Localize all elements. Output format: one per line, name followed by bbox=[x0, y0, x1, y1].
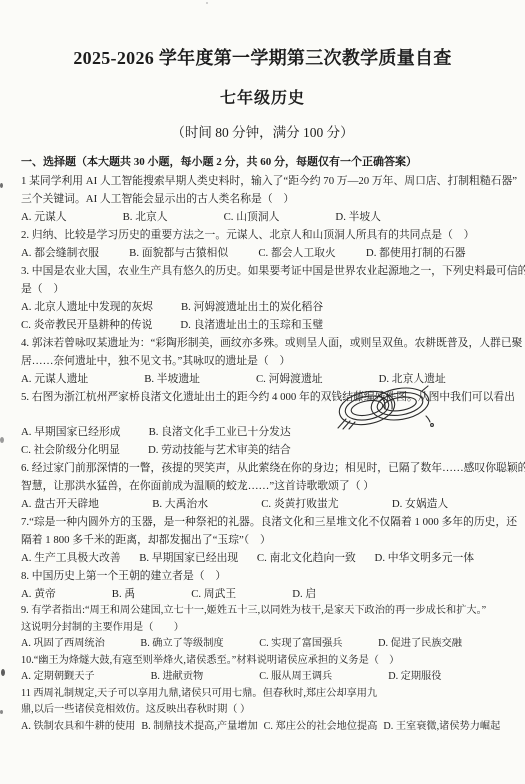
option: C. 周武王 bbox=[191, 585, 236, 603]
section-heading: 一、选择题（本大题共 30 小题，每小题 2 分，共 60 分，每题仅有一个正确… bbox=[21, 153, 504, 169]
question-10: 10.“幽王为烽燧大鼓,有寇至则举烽火,诸侯悉至。”材料说明诸侯应承担的义务是（… bbox=[21, 653, 504, 686]
question-9: 9. 有学者指出:“周王和周公建国,立七十一,姬姓五十三,以同姓为枝干,是家天下… bbox=[21, 603, 504, 653]
question-stem-line: 鼎,以后一些诸侯竞相效仿。这反映出春秋时期（ ） bbox=[21, 702, 504, 719]
question-stem-line: 是（ ） bbox=[21, 280, 504, 298]
question-stem-line: 8. 中国历史上第一个王朝的建立者是（ ） bbox=[21, 567, 504, 585]
option: A. 黄帝 bbox=[21, 585, 56, 603]
question-stem-line: 这说明分封制的主要作用是（ ） bbox=[21, 620, 504, 637]
option-row: A. 元谋人B. 北京人C. 山顶洞人D. 半坡人 bbox=[21, 208, 504, 226]
question-stem-line: 11 西周礼制规定,天子可以享用九鼎,诸侯只可用七鼎。但春秋时,郑庄公却享用九 bbox=[21, 686, 504, 703]
page-title: 2025-2026 学年度第一学期第三次教学质量自查 bbox=[0, 0, 525, 70]
option: A. 元谋人 bbox=[21, 208, 67, 226]
option: B. 大禹治水 bbox=[152, 495, 208, 513]
scan-speck bbox=[0, 183, 3, 188]
question-7: 7.“琮是一种内圆外方的玉器，是一种祭祀的礼器。良渚文化和三星堆文化不仅隔着 1… bbox=[21, 513, 504, 567]
question-stem-line: 隔着 1 800 多千米的距离，却都发掘出了“玉琮”（ ） bbox=[21, 531, 504, 549]
question-stem-line: 智慧，让那洪水猛兽，在你面前成为温顺的蛟龙……”这首诗歌歌颂了（ ） bbox=[21, 477, 504, 495]
option: A. 巩固了西周统治 bbox=[21, 636, 105, 653]
question-stem-line: 7.“琮是一种内圆外方的玉器，是一种祭祀的礼器。良渚文化和三星堆文化不仅隔着 1… bbox=[21, 513, 504, 531]
double-coin-knot-figure bbox=[336, 383, 436, 431]
option: D. 促进了民族交融 bbox=[378, 636, 462, 653]
option: A. 生产工具极大改善 bbox=[21, 549, 121, 567]
question-6: 6. 经过家门前那深情的一瞥，孩提的哭笑声，从此萦绕在你的身边；相见时，已隔了数… bbox=[21, 459, 504, 513]
question-stem-line: 10.“幽王为烽燧大鼓,有寇至则举烽火,诸侯悉至。”材料说明诸侯应承担的义务是（… bbox=[21, 653, 504, 670]
question-4: 4. 郭沫若曾咏叹某遗址为：“彩陶形制美，画纹亦多殊。或则呈人面，或则呈双鱼。农… bbox=[21, 334, 504, 388]
question-1: 1 某同学利用 AI 人工智能搜索早期人类史料时，输入了“距今约 70 万—20… bbox=[21, 172, 504, 226]
question-11: 11 西周礼制规定,天子可以享用九鼎,诸侯只可用七鼎。但春秋时,郑庄公却享用九鼎… bbox=[21, 686, 504, 736]
option: B. 制鼎技术提高,产量增加 bbox=[141, 719, 257, 736]
page-subject: 七年级历史 bbox=[0, 85, 525, 108]
option: C. 炎帝教民开垦耕种的传说 bbox=[21, 316, 152, 334]
option: B. 禹 bbox=[112, 585, 135, 603]
option: D. 王室衰微,诸侯势力崛起 bbox=[383, 719, 500, 736]
option: D. 女娲造人 bbox=[392, 495, 448, 513]
option: C. 山顶洞人 bbox=[224, 208, 280, 226]
option: D. 都使用打制的石器 bbox=[366, 244, 466, 262]
option: B. 河姆渡遗址出土的炭化稻谷 bbox=[181, 298, 323, 316]
question-stem-line: 三个关键词。AI 人工智能会显示出的古人类名称是（ ） bbox=[21, 190, 504, 208]
option: A. 元谋人遗址 bbox=[21, 370, 88, 388]
option-row: C. 社会阶级分化明显D. 劳动技能与艺术审美的结合 bbox=[21, 441, 504, 459]
option: B. 良渚文化手工业已十分发达 bbox=[149, 423, 291, 441]
scan-speck bbox=[206, 2, 208, 4]
option-row: A. 生产工具极大改善B. 早期国家已经出现C. 南北文化趋向一致D. 中华文明… bbox=[21, 549, 504, 567]
option-row: A. 巩固了西周统治B. 确立了等级制度C. 实现了富国强兵D. 促进了民族交融 bbox=[21, 636, 504, 653]
question-3: 3. 中国是农业大国，农业生产具有悠久的历史。如果要考证中国是世界农业起源地之一… bbox=[21, 262, 504, 334]
option: C. 炎黄打败蚩尤 bbox=[261, 495, 338, 513]
question-stem-line: 1 某同学利用 AI 人工智能搜索早期人类史料时，输入了“距今约 70 万—20… bbox=[21, 172, 504, 190]
option: B. 进献贡物 bbox=[151, 669, 204, 686]
option: A. 盘古开天辟地 bbox=[21, 495, 99, 513]
option-row: C. 炎帝教民开垦耕种的传说D. 良渚遗址出土的玉琮和玉璧 bbox=[21, 316, 504, 334]
question-8: 8. 中国历史上第一个王朝的建立者是（ ）A. 黄帝B. 禹C. 周武王D. 启 bbox=[21, 567, 504, 603]
option: C. 实现了富国强兵 bbox=[259, 636, 342, 653]
option-row: A. 盘古开天辟地B. 大禹治水C. 炎黄打败蚩尤D. 女娲造人 bbox=[21, 495, 504, 513]
option: B. 确立了等级制度 bbox=[140, 636, 223, 653]
scan-speck bbox=[0, 710, 3, 714]
exam-page: 2025-2026 学年度第一学期第三次教学质量自查 七年级历史 （时间 80 … bbox=[0, 0, 525, 784]
option: D. 半坡人 bbox=[335, 208, 381, 226]
option: D. 中华文明多元一体 bbox=[375, 549, 475, 567]
option: A. 铁制农具和牛耕的使用 bbox=[21, 719, 135, 736]
option: D. 劳动技能与艺术审美的结合 bbox=[148, 441, 291, 459]
option: B. 面貌都与古猿相似 bbox=[129, 244, 228, 262]
option: B. 北京人 bbox=[123, 208, 168, 226]
question-stem-line: 9. 有学者指出:“周王和周公建国,立七十一,姬姓五十三,以同姓为枝干,是家天下… bbox=[21, 603, 504, 620]
option-row: A. 都会缝制衣服B. 面貌都与古猿相似C. 都会人工取火D. 都使用打制的石器 bbox=[21, 244, 504, 262]
option: B. 半坡遗址 bbox=[144, 370, 200, 388]
question-stem-line: 2. 归纳、比较是学习历史的重要方法之一。元谋人、北京人和山顶洞人所具有的共同点… bbox=[21, 226, 504, 244]
option-row: A. 黄帝B. 禹C. 周武王D. 启 bbox=[21, 585, 504, 603]
question-stem-line: 居……奈何遗址中，独不见文书。”其咏叹的遗址是（ ） bbox=[21, 352, 504, 370]
option: D. 定期服役 bbox=[388, 669, 441, 686]
option: C. 河姆渡遗址 bbox=[256, 370, 323, 388]
scan-speck bbox=[1, 669, 5, 676]
question-stem-line: 6. 经过家门前那深情的一瞥，孩提的哭笑声，从此萦绕在你的身边；相见时，已隔了数… bbox=[21, 459, 504, 477]
option-row: A. 北京人遗址中发现的灰烬B. 河姆渡遗址出土的炭化稻谷 bbox=[21, 298, 504, 316]
option: C. 南北文化趋向一致 bbox=[257, 549, 356, 567]
option: C. 服从周王调兵 bbox=[259, 669, 332, 686]
question-list: 1 某同学利用 AI 人工智能搜索早期人类史料时，输入了“距今约 70 万—20… bbox=[21, 172, 504, 735]
option: A. 北京人遗址中发现的灰烬 bbox=[21, 298, 153, 316]
option-row: A. 定期朝觐天子B. 进献贡物C. 服从周王调兵D. 定期服役 bbox=[21, 669, 504, 686]
option: D. 启 bbox=[292, 585, 316, 603]
option-row: A. 铁制农具和牛耕的使用B. 制鼎技术提高,产量增加C. 郑庄公的社会地位提高… bbox=[21, 719, 504, 736]
option: B. 早期国家已经出现 bbox=[139, 549, 238, 567]
exam-time-score: （时间 80 分钟，满分 100 分） bbox=[0, 121, 525, 141]
option: D. 良渚遗址出土的玉琮和玉璧 bbox=[180, 316, 323, 334]
question-stem-line: 3. 中国是农业大国，农业生产具有悠久的历史。如果要考证中国是世界农业起源地之一… bbox=[21, 262, 504, 280]
option: C. 社会阶级分化明显 bbox=[21, 441, 120, 459]
option: C. 郑庄公的社会地位提高 bbox=[264, 719, 378, 736]
question-2: 2. 归纳、比较是学习历史的重要方法之一。元谋人、北京人和山顶洞人所具有的共同点… bbox=[21, 226, 504, 262]
option: A. 早期国家已经形成 bbox=[21, 423, 121, 441]
option: A. 定期朝觐天子 bbox=[21, 669, 95, 686]
question-stem-line: 4. 郭沫若曾咏叹某遗址为：“彩陶形制美，画纹亦多殊。或则呈人面，或则呈双鱼。农… bbox=[21, 334, 504, 352]
option: A. 都会缝制衣服 bbox=[21, 244, 99, 262]
scan-speck bbox=[0, 437, 4, 443]
option: C. 都会人工取火 bbox=[258, 244, 335, 262]
